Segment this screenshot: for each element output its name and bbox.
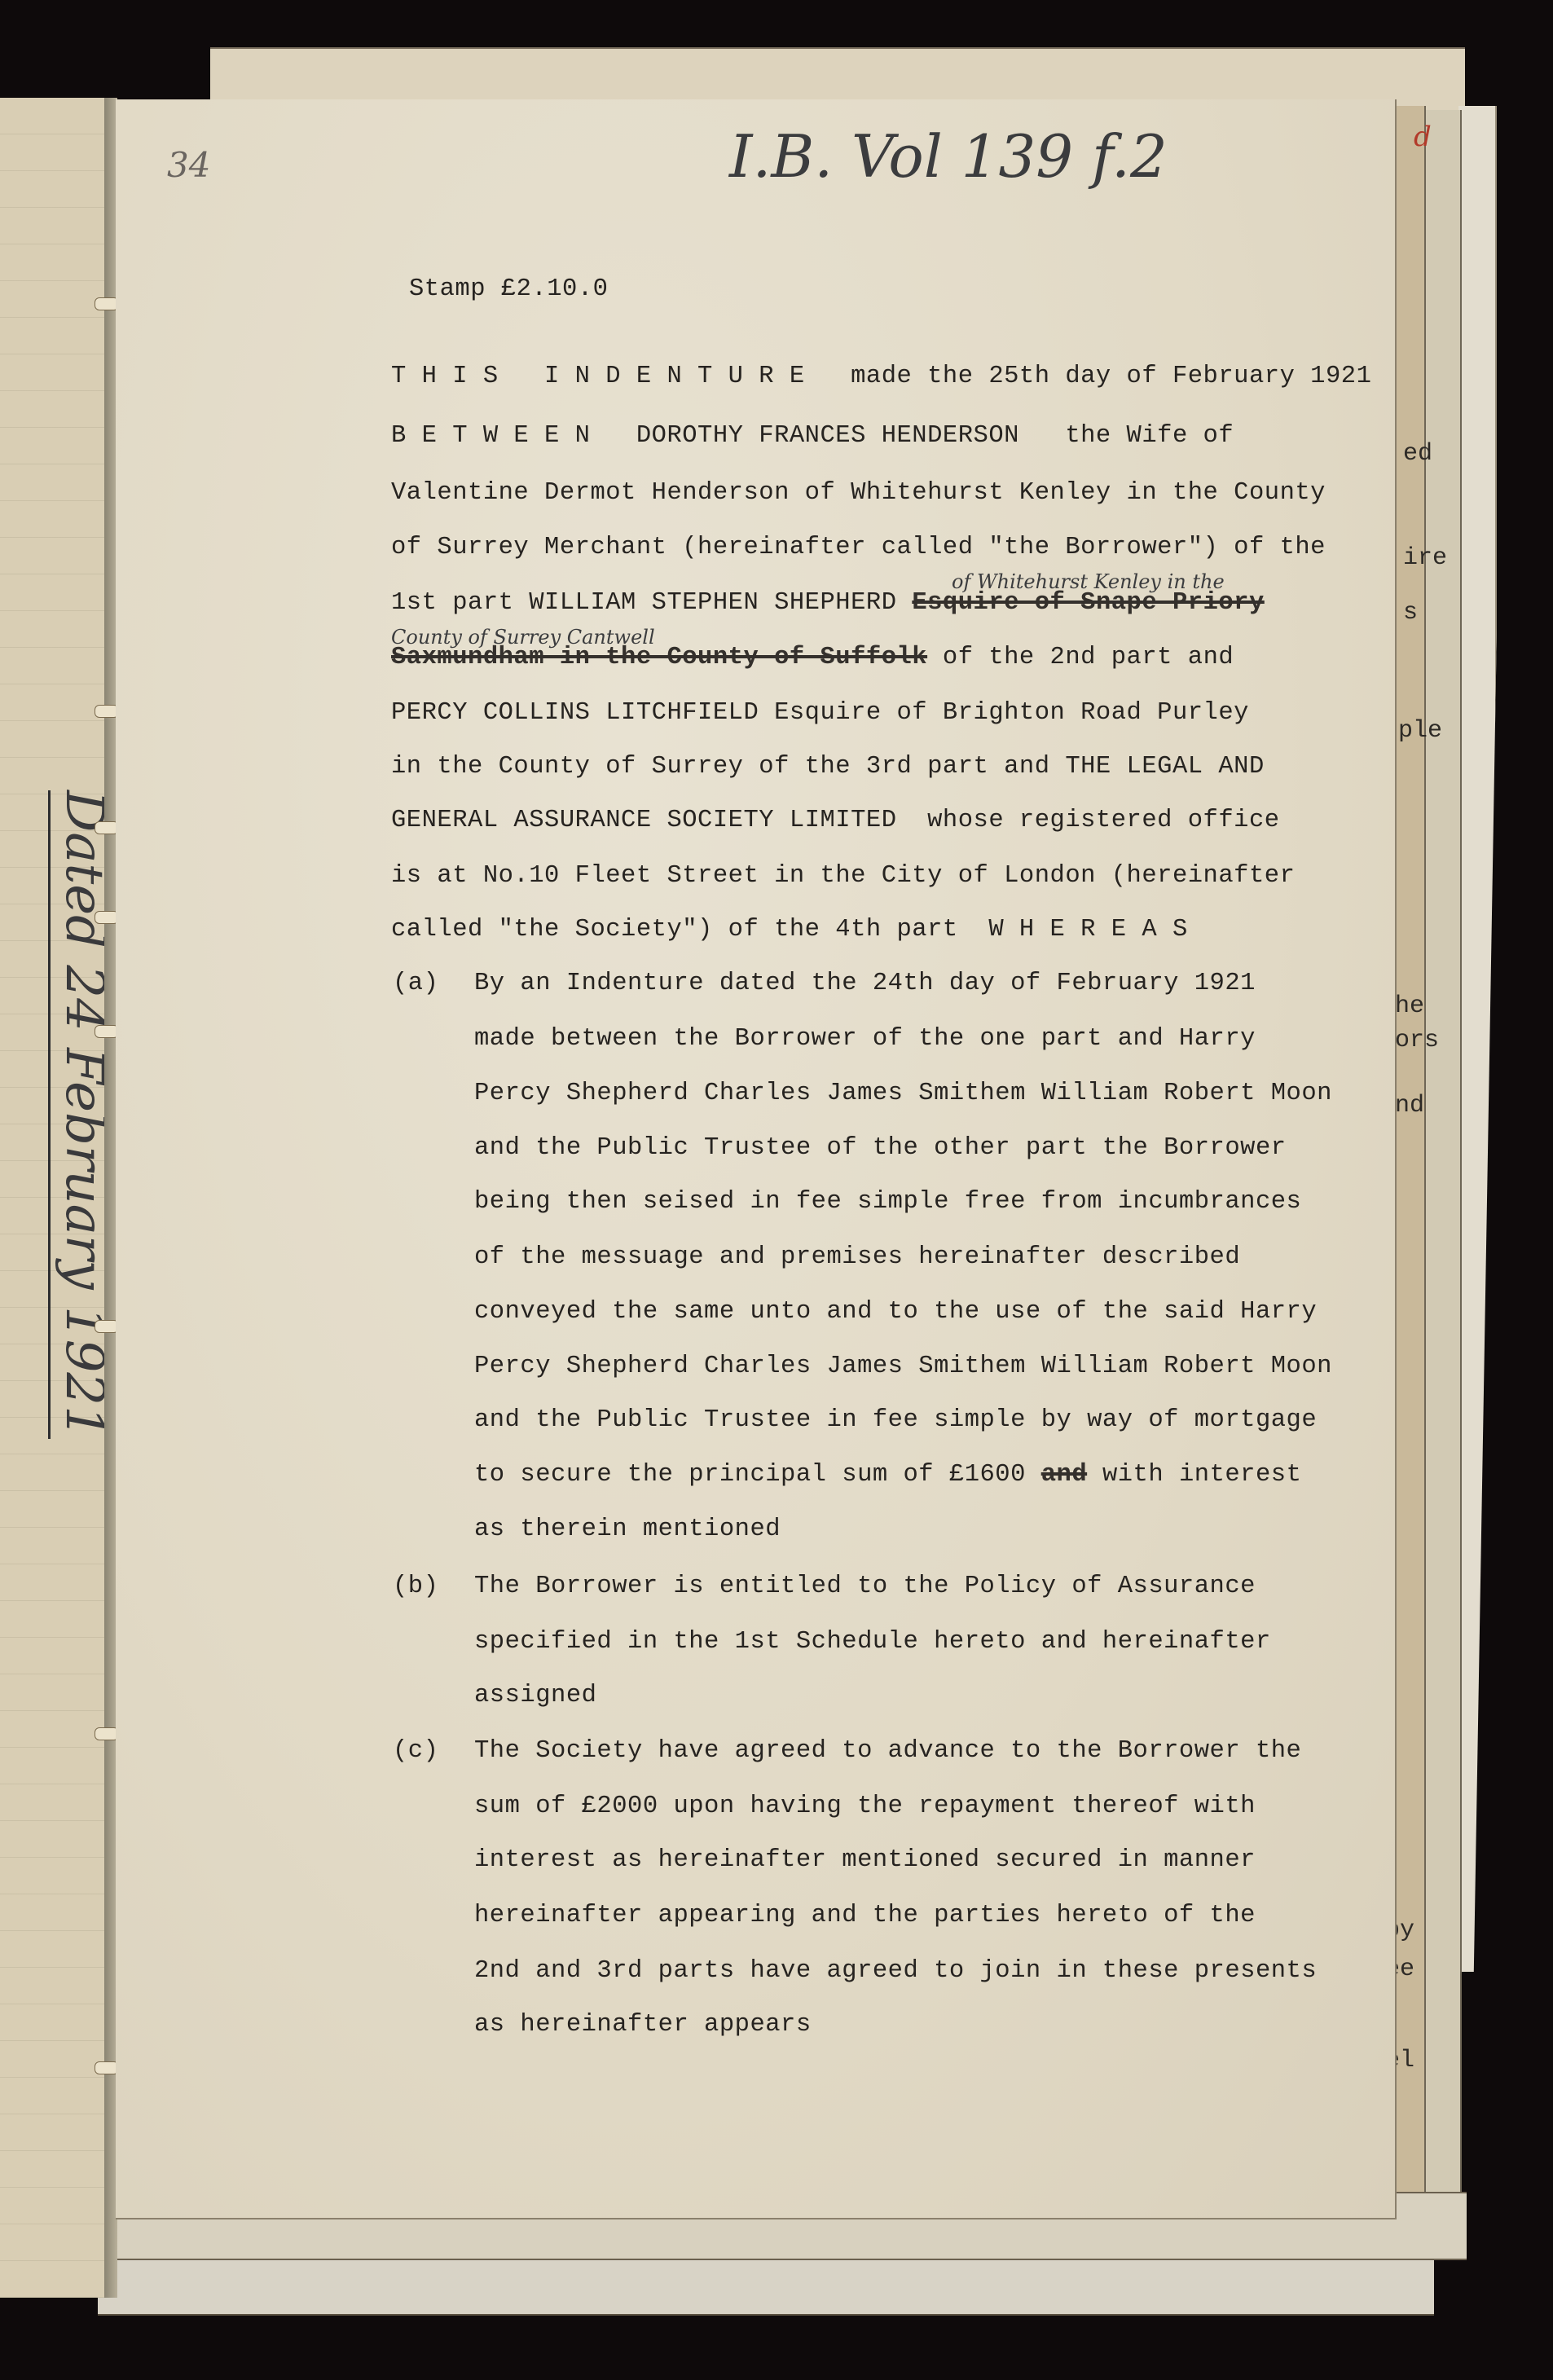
recital-line: 2nd and 3rd parts have agreed to join in… [474,1959,1317,1984]
deed-line: PERCY COLLINS LITCHFIELD Esquire of Brig… [391,701,1249,726]
recital-line: of the messuage and premises hereinafter… [474,1245,1240,1270]
recital-line: specified in the 1st Schedule hereto and… [474,1630,1271,1655]
recital-line: as hereinafter appears [474,2013,812,2038]
recital-line: hereinafter appearing and the parties he… [474,1903,1256,1929]
struck-text: Esquire of Snape Priory [912,589,1264,617]
recital-line: to secure the principal sum of £1600 and… [474,1463,1301,1488]
recital-label: (b) [393,1574,438,1599]
recital-line: Percy Shepherd Charles James Smithem Wil… [474,1081,1332,1106]
sheet-fragment: nd [1395,1092,1424,1120]
recital-line: Percy Shepherd Charles James Smithem Wil… [474,1354,1332,1379]
recital-line: The Borrower is entitled to the Policy o… [474,1574,1256,1599]
deed-line: Saxmundham in the County of Suffolk of t… [391,645,1234,671]
recital-text: to secure the principal sum of £1600 [474,1461,1041,1489]
deed-line: Valentine Dermot Henderson of Whitehurst… [391,481,1326,506]
deed-line: GENERAL ASSURANCE SOCIETY LIMITED whose … [391,808,1280,834]
stamp-duty: Stamp £2.10.0 [409,277,608,302]
sheet-fragment: ed [1403,440,1432,468]
deed-line: in the County of Surrey of the 3rd part … [391,754,1265,780]
volume-reference: I.B. Vol 139 f.2 [729,122,1168,191]
recital-line: made between the Borrower of the one par… [474,1027,1256,1052]
deed-line: of Surrey Merchant (hereinafter called "… [391,535,1326,561]
struck-text: and [1041,1461,1087,1489]
deed-line: T H I S I N D E N T U R E made the 25th … [391,364,1371,389]
handwritten-insertion: of Whitehurst Kenley in the [952,570,1225,593]
left-facing-page: Dated 24 February 1921 [0,98,104,2298]
recital-line: By an Indenture dated the 24th day of Fe… [474,971,1256,996]
recital-line: and the Public Trustee in fee simple by … [474,1408,1317,1433]
recital-line: assigned [474,1683,596,1709]
sheet-fragment: he [1395,992,1424,1020]
recital-label: (a) [393,971,438,996]
recital-line: and the Public Trustee of the other part… [474,1136,1287,1161]
deed-line: 1st part WILLIAM STEPHEN SHEPHERD Esquir… [391,591,1265,616]
recital-line: conveyed the same unto and to the use of… [474,1300,1317,1325]
struck-text: Saxmundham in the County of Suffolk [391,644,927,671]
deed-line: is at No.10 Fleet Street in the City of … [391,864,1295,889]
sheet-fragment: s [1403,599,1418,627]
recital-line: interest as hereinafter mentioned secure… [474,1848,1256,1873]
recital-line: sum of £2000 upon having the repayment t… [474,1794,1256,1819]
deed-line: called "the Society") of the 4th part W … [391,917,1188,943]
deed-line: B E T W E E N DOROTHY FRANCES HENDERSON … [391,424,1234,449]
recital-text: with interest [1087,1461,1301,1489]
sheet-fragment: ors [1395,1027,1439,1054]
recital-line: as therein mentioned [474,1517,781,1542]
page-number: 34 [167,145,210,185]
red-ink-fragment: d [1414,121,1432,153]
deed-line-text: of the 2nd part and [927,644,1234,671]
recital-line: The Society have agreed to advance to th… [474,1739,1301,1764]
sheet-fragment: ple [1398,717,1442,745]
recital-label: (c) [393,1739,438,1764]
deed-line-text: 1st part WILLIAM STEPHEN SHEPHERD [391,589,912,617]
background-sheet-right-3 [1458,106,1497,1972]
recital-line: being then seised in fee simple free fro… [474,1190,1301,1215]
sheet-fragment: ire [1403,544,1447,572]
